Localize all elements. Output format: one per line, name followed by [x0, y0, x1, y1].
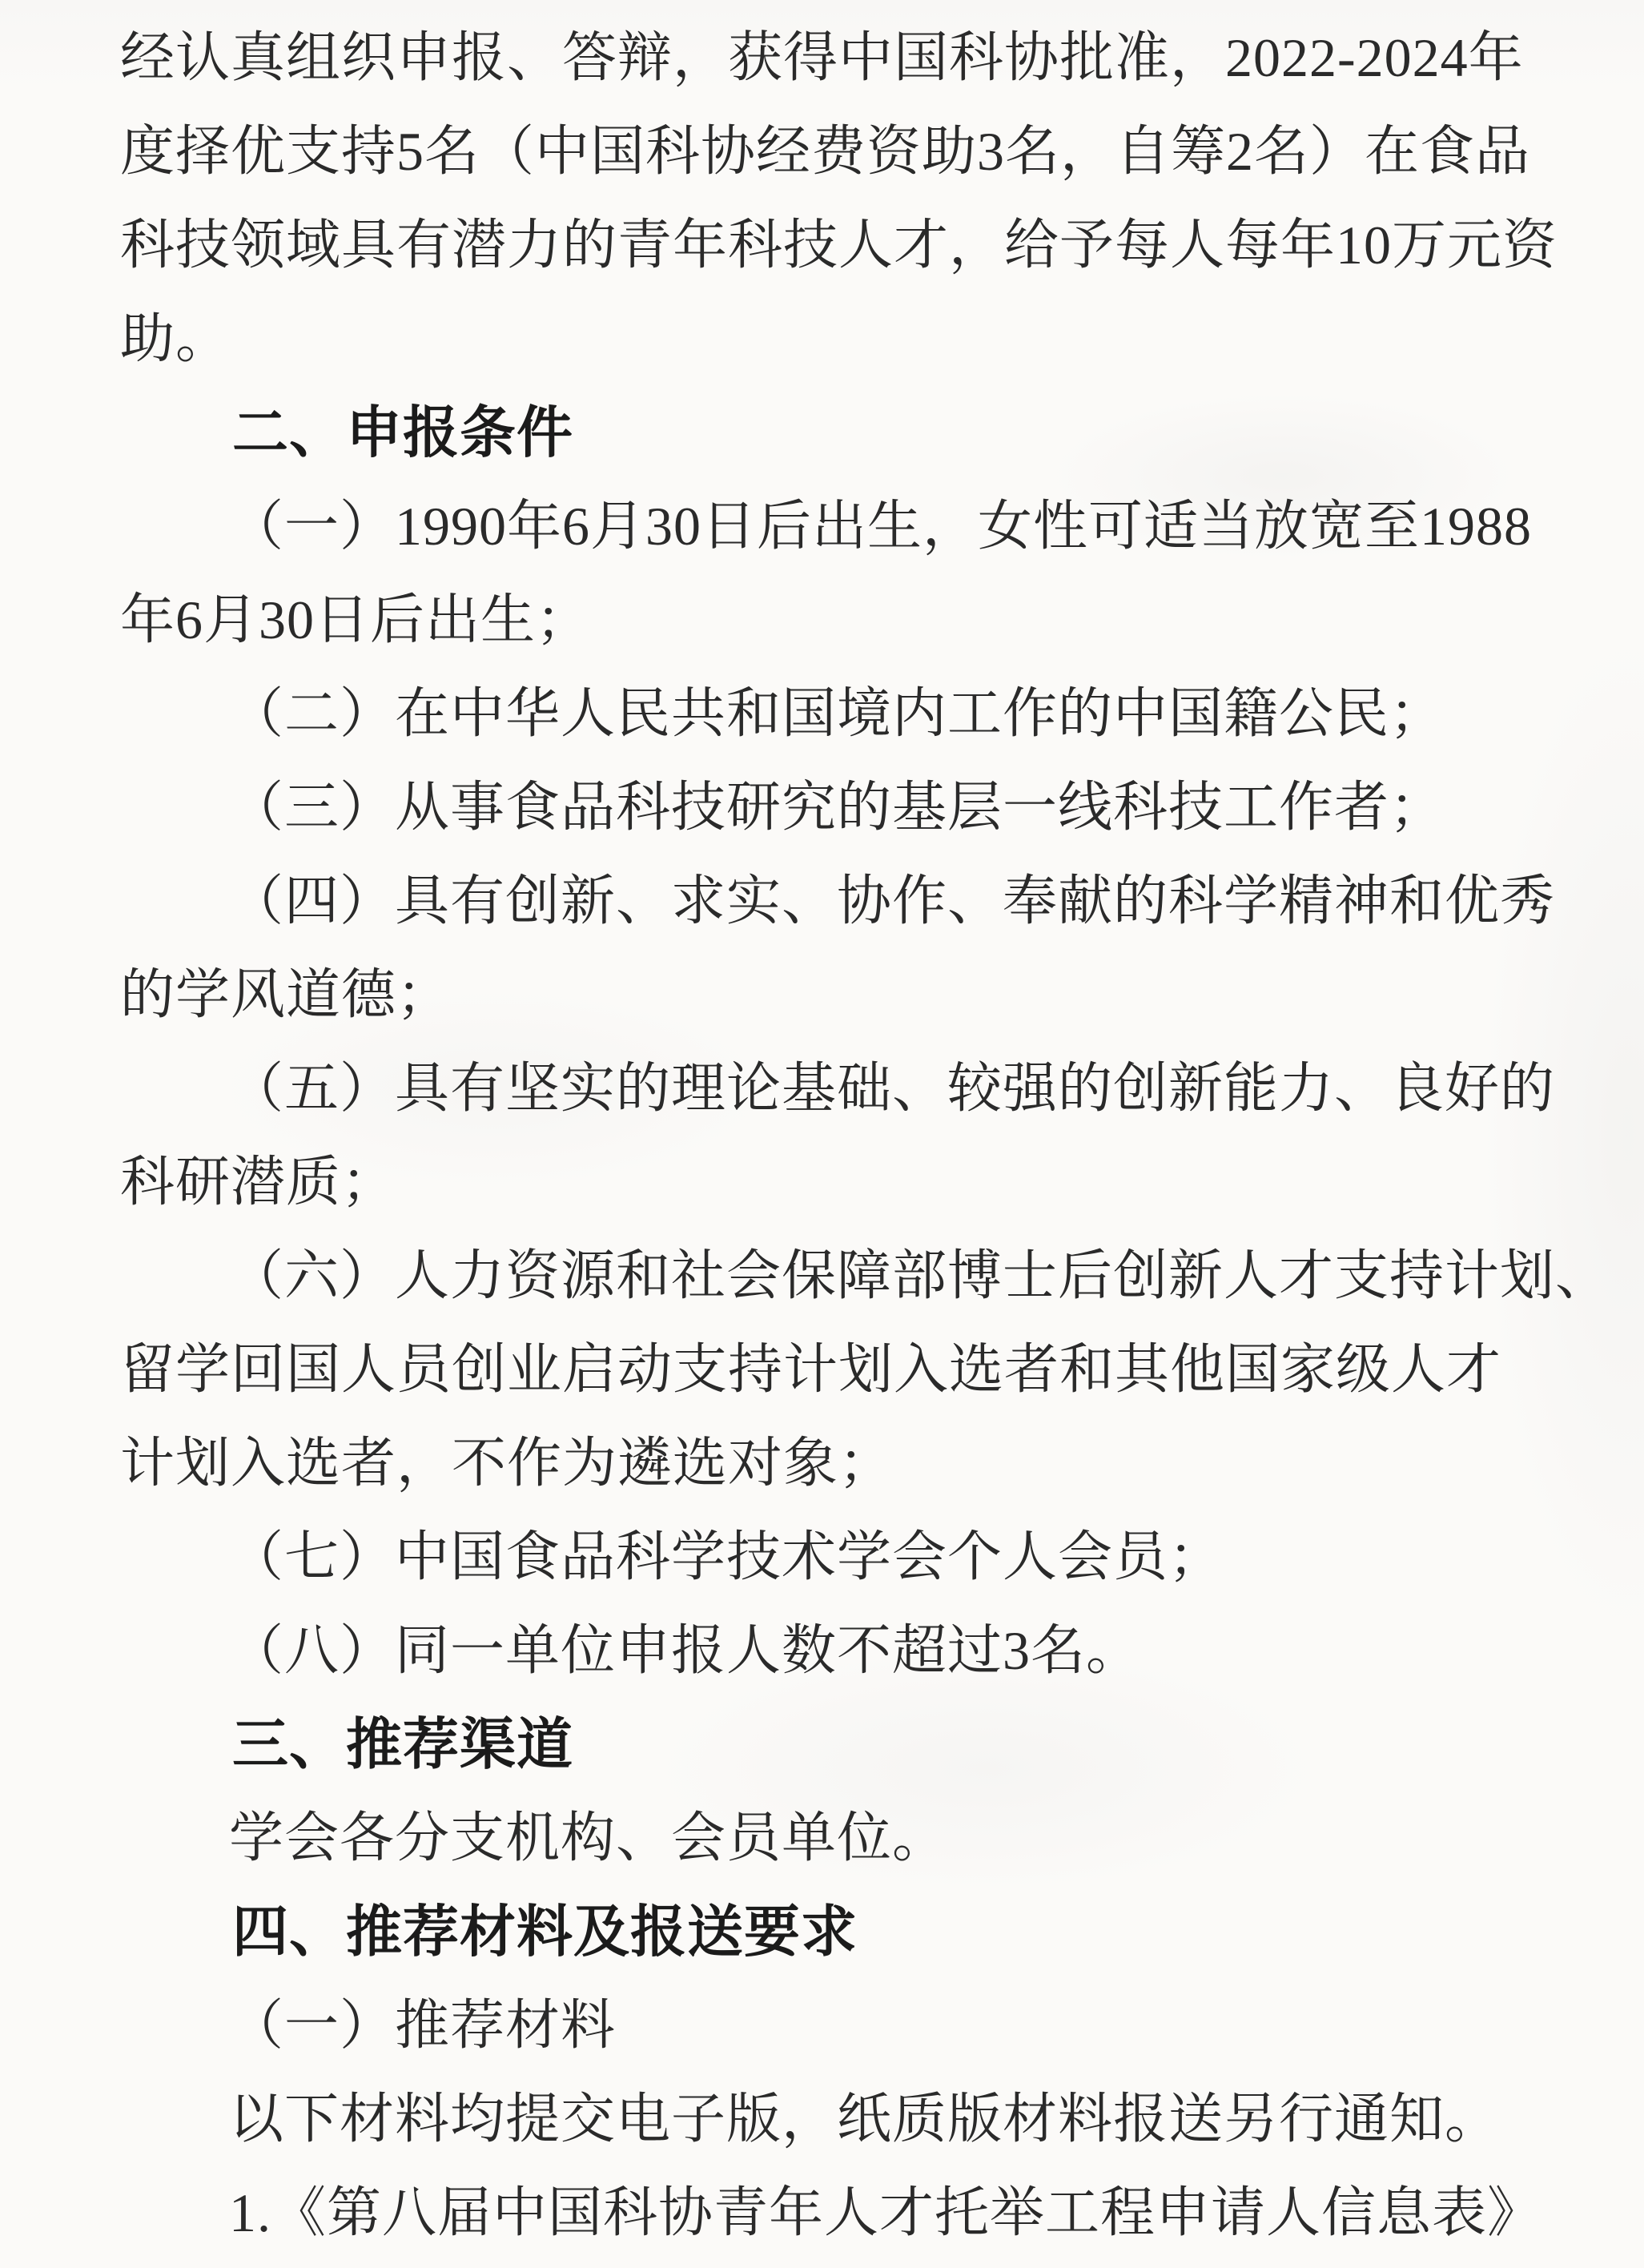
text-line: （四）具有创新、求实、协作、奉献的科学精神和优秀 — [120, 855, 1604, 948]
text-line: 留学回国人员创业启动支持计划入选者和其他国家级人才 — [120, 1323, 1604, 1417]
document-page: 经认真组织申报、答辩，获得中国科协批准，2022-2024年度择优支持5名（中国… — [0, 0, 1644, 2268]
text-line: （八）同一单位申报人数不超过3名。 — [120, 1604, 1604, 1698]
text-line: 科研潜质； — [120, 1136, 1604, 1229]
text-line: 度择优支持5名（中国科协经费资助3名，自筹2名）在食品 — [120, 105, 1604, 199]
text-line: 计划入选者，不作为遴选对象； — [120, 1417, 1604, 1510]
text-line: 经认真组织申报、答辩，获得中国科协批准，2022-2024年 — [120, 11, 1604, 105]
text-line: 年6月30日后出生； — [120, 573, 1604, 667]
text-line: （一）推荐材料 — [120, 1979, 1604, 2073]
text-line: （七）中国食品科学技术学会个人会员； — [120, 1510, 1604, 1604]
text-line: 科技领域具有潜力的青年科技人才，给予每人每年10万元资 — [120, 199, 1604, 292]
text-line: （三）从事食品科技研究的基层一线科技工作者； — [120, 761, 1604, 855]
text-line: （一）1990年6月30日后出生，女性可适当放宽至1988 — [120, 480, 1604, 573]
text-line: （六）人力资源和社会保障部博士后创新人才支持计划、 — [120, 1229, 1604, 1323]
document-body: 经认真组织申报、答辩，获得中国科协批准，2022-2024年度择优支持5名（中国… — [120, 11, 1604, 2260]
text-line: 1.《第八届中国科协青年人才托举工程申请人信息表》 — [120, 2166, 1604, 2260]
text-line: （五）具有坚实的理论基础、较强的创新能力、良好的 — [120, 1042, 1604, 1136]
section-heading: 四、推荐材料及报送要求 — [120, 1885, 1604, 1979]
section-heading: 二、申报条件 — [120, 386, 1604, 480]
text-line: 学会各分支机构、会员单位。 — [120, 1791, 1604, 1885]
text-line: 以下材料均提交电子版，纸质版材料报送另行通知。 — [120, 2073, 1604, 2166]
text-line: 助。 — [120, 292, 1604, 386]
text-line: （二）在中华人民共和国境内工作的中国籍公民； — [120, 667, 1604, 761]
text-line: 的学风道德； — [120, 948, 1604, 1042]
section-heading: 三、推荐渠道 — [120, 1698, 1604, 1791]
